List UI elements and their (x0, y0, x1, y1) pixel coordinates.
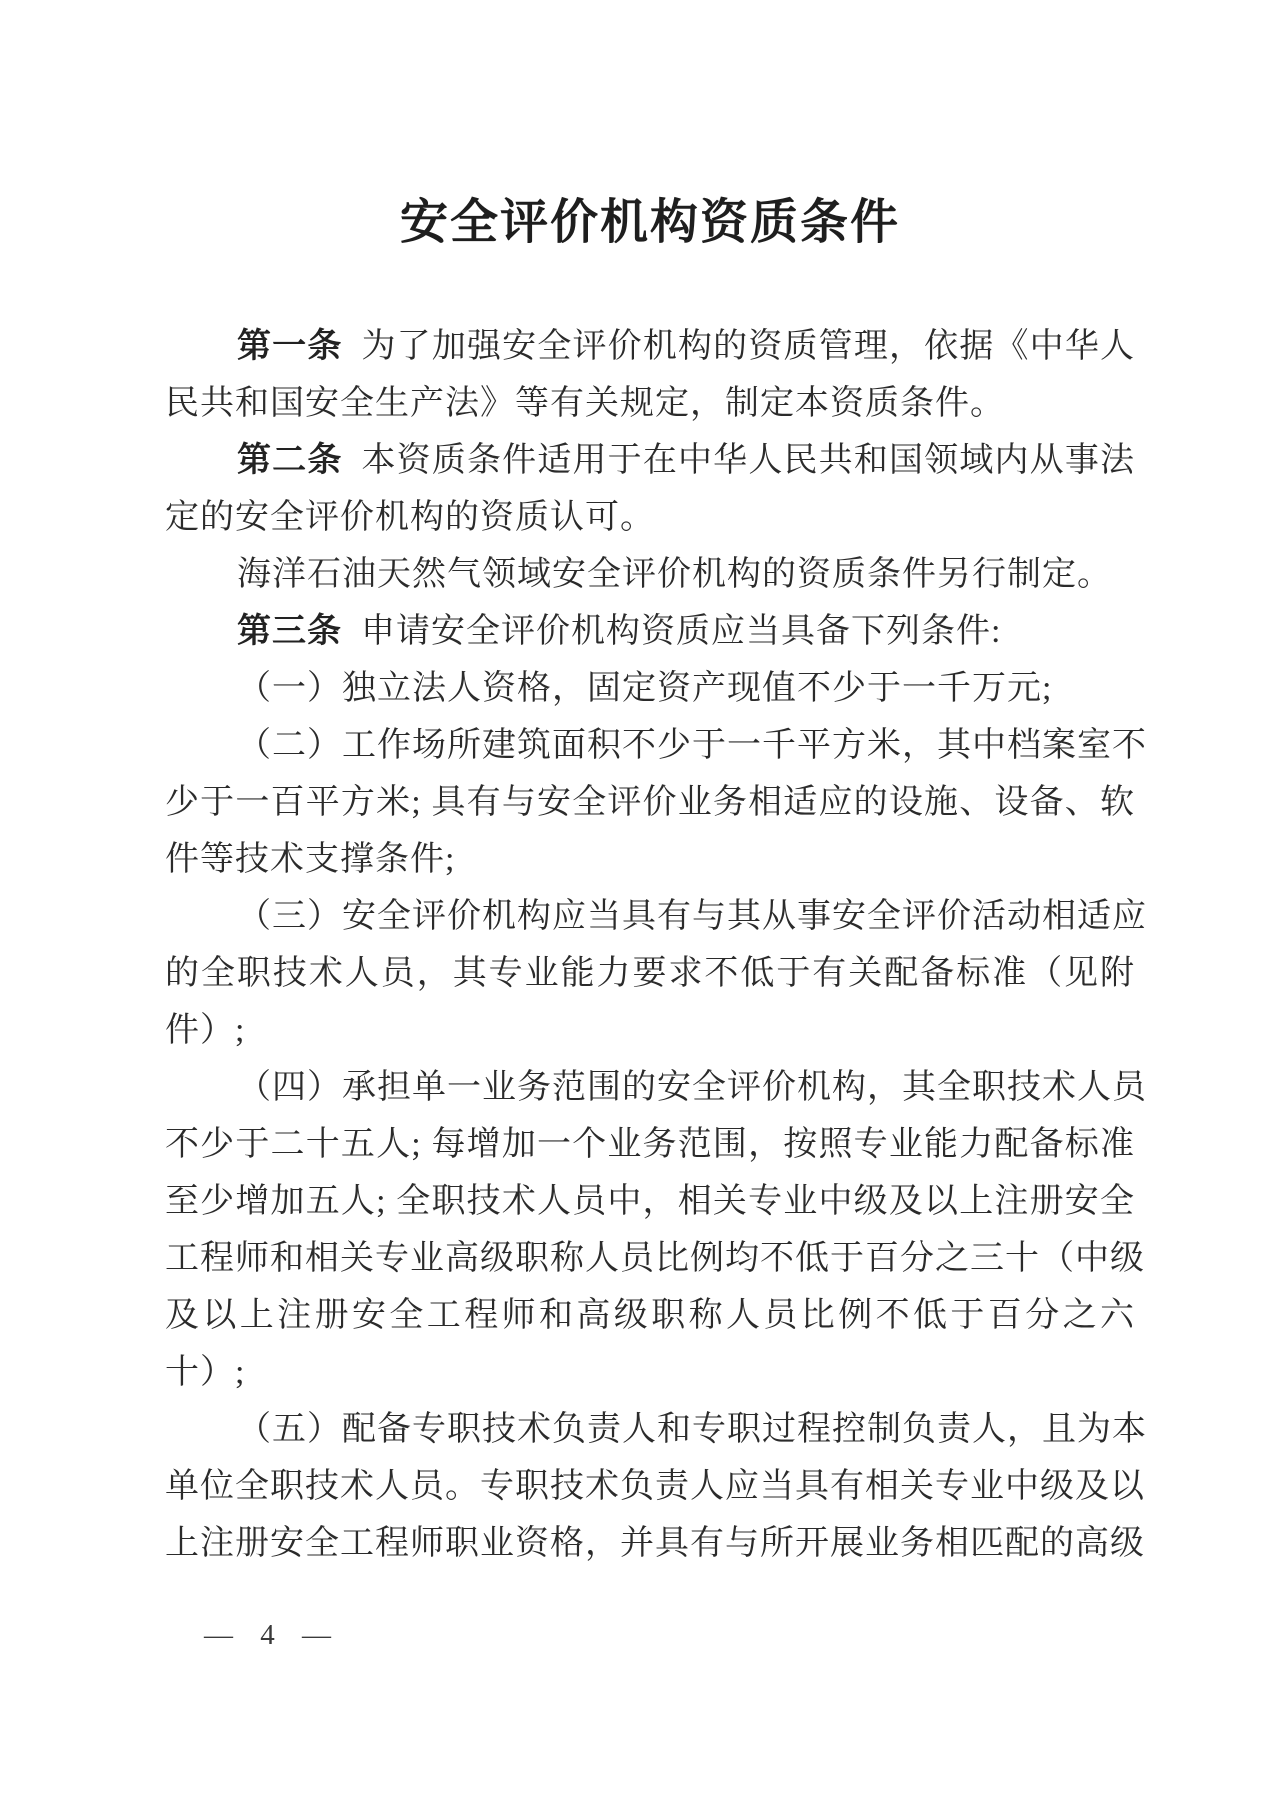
scanned-document-page: 安全评价机构资质条件 第一条为了加强安全评价机构的资质管理，依据《中华人 民共和… (0, 0, 1280, 1810)
text-line: 件等技术支撑条件; (165, 831, 1135, 888)
line-text: 申请安全评价机构资质应当具备下列条件: (361, 613, 1001, 650)
text-line: 单位全职技术人员。专职技术负责人应当具有相关专业中级及以 (165, 1458, 1135, 1515)
text-line: 海洋石油天然气领域安全评价机构的资质条件另行制定。 (165, 546, 1135, 603)
text-line: 件）; (165, 1002, 1135, 1059)
text-line: 民共和国安全生产法》等有关规定，制定本资质条件。 (165, 375, 1135, 432)
text-line: （二）工作场所建筑面积不少于一千平方米，其中档案室不 (165, 717, 1135, 774)
text-line: （五）配备专职技术负责人和专职过程控制负责人，且为本 (165, 1401, 1135, 1458)
document-title: 安全评价机构资质条件 (165, 194, 1135, 252)
document-body: 第一条为了加强安全评价机构的资质管理，依据《中华人 民共和国安全生产法》等有关规… (165, 318, 1135, 1572)
article-number: 第三条 (237, 613, 342, 650)
text-line: 至少增加五人; 全职技术人员中，相关专业中级及以上注册安全 (165, 1173, 1135, 1230)
text-line: 十）; (165, 1344, 1135, 1401)
line-text: 为了加强安全评价机构的资质管理，依据《中华人 (362, 328, 1136, 365)
text-line: 上注册安全工程师职业资格，并具有与所开展业务相匹配的高级 (165, 1515, 1135, 1572)
text-line: 不少于二十五人; 每增加一个业务范围，按照专业能力配备标准 (165, 1116, 1135, 1173)
text-line: （一）独立法人资格，固定资产现值不少于一千万元; (165, 660, 1135, 717)
text-line: 工程师和相关专业高级职称人员比例均不低于百分之三十（中级 (165, 1230, 1135, 1287)
text-line: （三）安全评价机构应当具有与其从事安全评价活动相适应 (165, 888, 1135, 945)
text-line: 的全职技术人员，其专业能力要求不低于有关配备标准（见附 (165, 945, 1135, 1002)
text-line: 及以上注册安全工程师和高级职称人员比例不低于百分之六 (165, 1287, 1135, 1344)
text-line: 少于一百平方米; 具有与安全评价业务相适应的设施、设备、软 (165, 774, 1135, 831)
article-number: 第二条 (237, 442, 343, 479)
text-line: （四）承担单一业务范围的安全评价机构，其全职技术人员 (165, 1059, 1135, 1116)
text-line: 第二条本资质条件适用于在中华人民共和国领域内从事法 (165, 432, 1135, 489)
text-line: 第三条申请安全评价机构资质应当具备下列条件: (165, 603, 1135, 660)
article-number: 第一条 (237, 328, 343, 365)
text-line: 第一条为了加强安全评价机构的资质管理，依据《中华人 (165, 318, 1135, 375)
line-text: 本资质条件适用于在中华人民共和国领域内从事法 (362, 442, 1136, 479)
text-line: 定的安全评价机构的资质认可。 (165, 489, 1135, 546)
page-number: — 4 — (204, 1614, 341, 1656)
